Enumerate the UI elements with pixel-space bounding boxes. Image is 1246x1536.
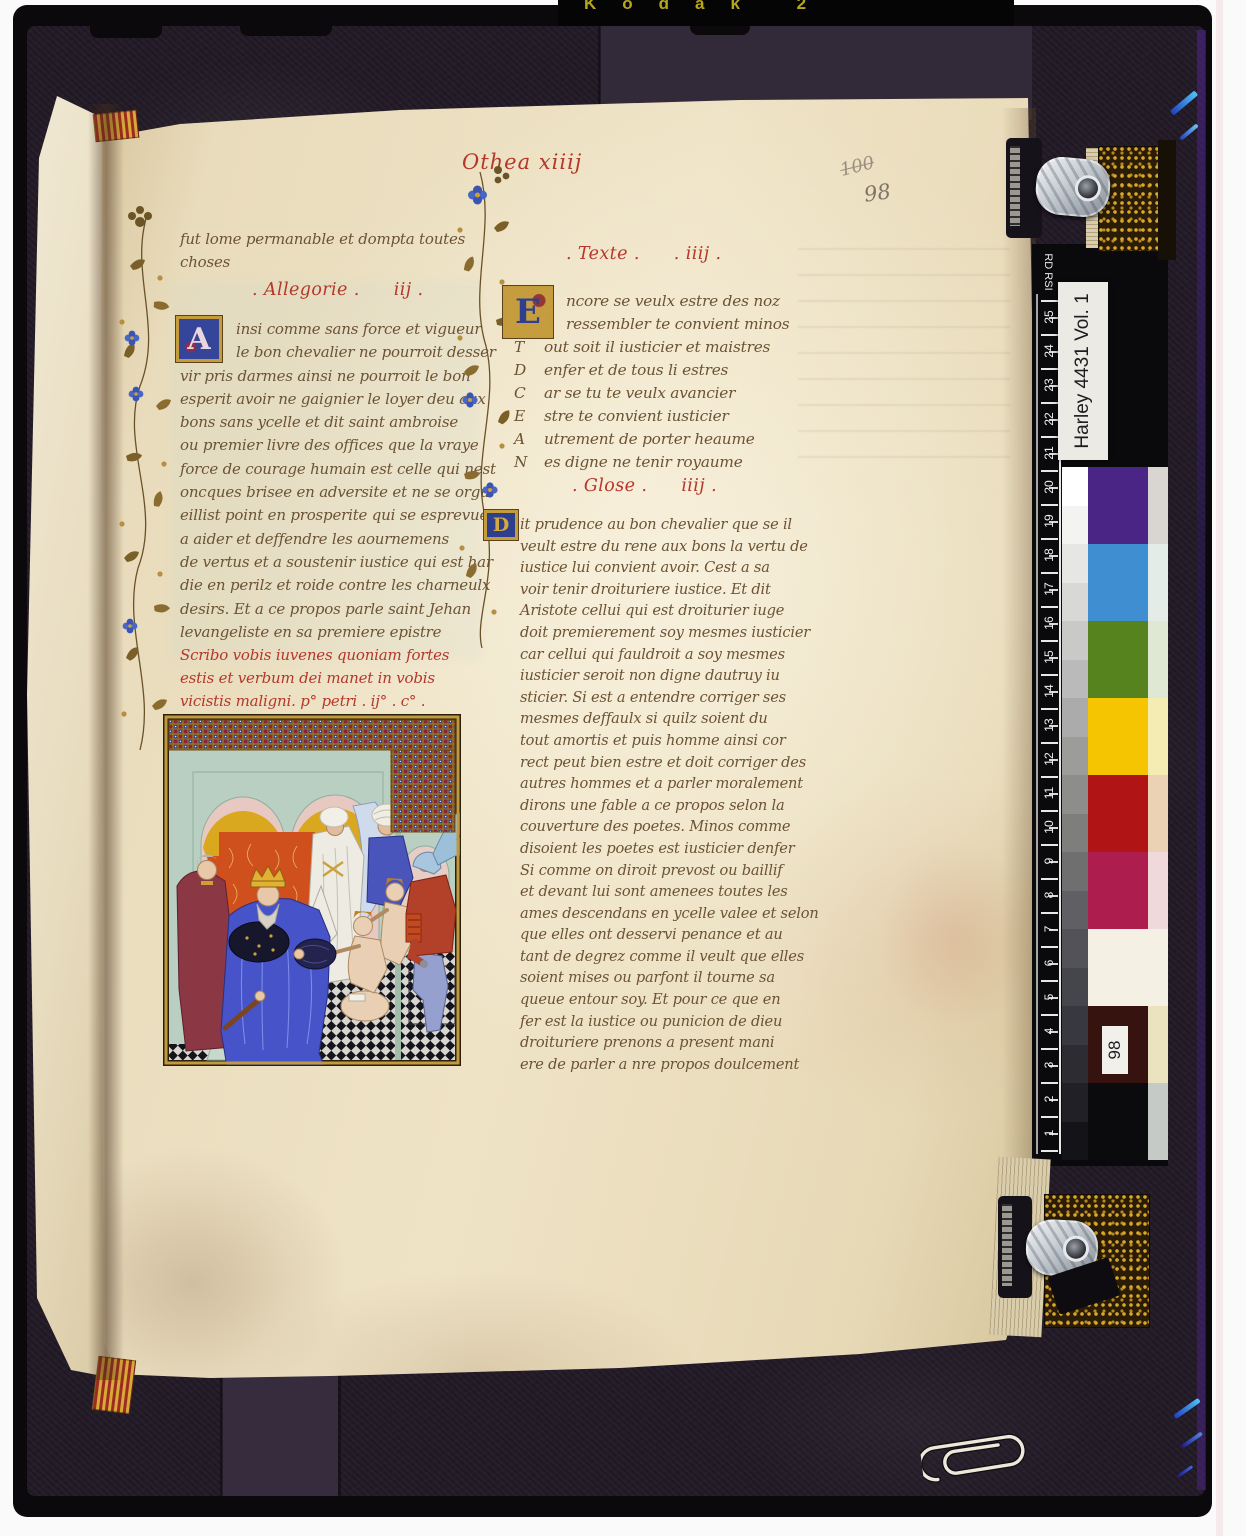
verse-text: ncore se veulx estre des noz	[566, 292, 780, 310]
film-edge-sheen	[1197, 30, 1206, 1490]
text-line: tout amortis et puis homme ainsi cor	[520, 730, 820, 752]
text-line: Si comme on diroit prevost ou baillif	[520, 860, 820, 882]
scan-edge-tint	[1216, 0, 1223, 1536]
versal-initial: N	[514, 451, 527, 474]
text-line: queue entour soy. Et pour ce que en	[520, 989, 820, 1011]
text-line: ou premier livre des offices que la vray…	[180, 434, 480, 457]
grayscale-step	[1062, 660, 1088, 699]
text-line: oncques brisee en adversite et ne se org…	[180, 481, 480, 504]
ruler-number: 15	[1042, 642, 1056, 672]
text-line: ames descendans en ycelle valee et selon	[520, 903, 820, 925]
versal-initial: T	[514, 336, 524, 359]
color-patch-magenta	[1088, 852, 1148, 929]
parchment-stain	[880, 840, 1030, 1030]
folio-number-struck: 100	[838, 152, 876, 181]
text-line: tant de degrez comme il veult que elles	[520, 946, 820, 968]
clip-hole	[1065, 1238, 1086, 1259]
versal-initial: D	[514, 359, 526, 382]
illuminated-initial-a: A	[176, 316, 222, 362]
versal-initial: E	[514, 405, 525, 428]
allegorie-heading: . Allegorie .iij .	[252, 280, 423, 300]
text-line: soient mises ou parfont il tourne sa	[520, 967, 820, 989]
text-line: voir tenir droituriere iustice. Et dit	[520, 579, 820, 601]
grayscale-step	[1062, 698, 1088, 737]
grayscale-step	[1062, 544, 1088, 583]
text-line: autres hommes et a parler moralement	[520, 773, 820, 795]
folio-numbers-pencil: 100 98	[840, 156, 891, 205]
text-line: couverture des poetes. Minos comme	[520, 816, 820, 838]
ruler-number: 24	[1042, 336, 1056, 366]
clip-hole	[1077, 177, 1099, 199]
text-line: it prudence au bon chevalier que se il	[520, 514, 820, 536]
ruler-number: 23	[1042, 370, 1056, 400]
verse-text: es digne ne tenir royaume	[544, 453, 743, 471]
ruler-number: 19	[1042, 506, 1056, 536]
folio-number: 98	[862, 179, 892, 206]
ruler-number: 6	[1042, 948, 1056, 978]
tint-patch-green	[1148, 621, 1168, 698]
column-left-latin-rubric: Scribo vobis iuvenes quoniam fortesestis…	[180, 644, 480, 714]
column-right-glose-text: it prudence au bon chevalier que se ilve…	[520, 514, 820, 1075]
text-line: disoient les poetes est iusticier denfer	[520, 838, 820, 860]
ruler-number: 21	[1042, 438, 1056, 468]
text-line: de vertus et a soustenir iustice qui est…	[180, 551, 480, 574]
felt-seam	[338, 1356, 341, 1496]
color-patch-purple	[1088, 467, 1148, 544]
text-line: car cellui qui fauldroit a soy mesmes	[520, 644, 820, 666]
ruler-number: 3	[1042, 1050, 1056, 1080]
texte-heading: . Texte .. iiij .	[566, 244, 721, 264]
verse-line: Nes digne ne tenir royaume	[506, 451, 816, 474]
ruler-number: 18	[1042, 540, 1056, 570]
color-patch-yellow	[1088, 698, 1148, 775]
text-line: doit premierement soy mesmes iusticier	[520, 622, 820, 644]
manuscript-photograph: Kodak 2 Othea xiiij 100 98 fut lome perm…	[0, 0, 1246, 1536]
film-gate-notch	[90, 26, 162, 38]
verse-text: stre te convient iusticier	[544, 407, 729, 425]
text-line: sticier. Si est a entendre corriger ses	[520, 687, 820, 709]
ruler-number: 22	[1042, 404, 1056, 434]
ruler-number: 8	[1042, 880, 1056, 910]
grayscale-step	[1062, 775, 1088, 814]
tint-patch-white	[1148, 929, 1168, 1006]
verse-text: out soit il iusticier et maistres	[544, 338, 770, 356]
clip-label	[1002, 1204, 1012, 1286]
text-line: vir pris darmes ainsi ne pourroit le bon	[180, 365, 480, 388]
text-line: le bon chevalier ne pourroit desser	[180, 341, 480, 364]
ruler-number: 14	[1042, 676, 1056, 706]
ruler-title: RD RSI	[1042, 253, 1054, 290]
tint-patch-brown	[1148, 1006, 1168, 1083]
verse-text: utrement de porter heaume	[544, 430, 755, 448]
grayscale-step	[1062, 621, 1088, 660]
text-line: et devant lui sont amenees toutes les	[520, 881, 820, 903]
grayscale-step	[1062, 1045, 1088, 1084]
ruler-number: 1	[1042, 1118, 1056, 1148]
text-line: que elles ont desservi penance et au	[520, 924, 820, 946]
grayscale-step	[1062, 968, 1088, 1007]
color-calibration-bar: 2524232221201918171615141312111098765432…	[1032, 244, 1168, 1166]
ruler-number: 16	[1042, 608, 1056, 638]
latin-rubric-line: estis et verbum dei manet in vobis	[180, 667, 480, 690]
film-gate-notch	[240, 26, 332, 36]
ruler-number: 5	[1042, 982, 1056, 1012]
text-line: veult estre du rene aux bons la vertu de	[520, 536, 820, 558]
folio-sticker: 98	[1102, 1026, 1128, 1074]
tint-patch-magenta	[1148, 852, 1168, 929]
versal-initial: C	[514, 382, 526, 405]
text-line: fer est la iustice ou punicion de dieu	[520, 1011, 820, 1033]
text-line: fut lome permanable et dompta toutes	[180, 228, 480, 251]
ruler-number: 7	[1042, 914, 1056, 944]
binder-clip-top	[1034, 155, 1113, 219]
text-line: ere de parler a nre propos doulcement	[520, 1054, 820, 1076]
ruler-number: 4	[1042, 1016, 1056, 1046]
text-line: force de courage humain est celle qui ne…	[180, 458, 480, 481]
shelfmark-sticker: Harley 4431 Vol. 1	[1058, 282, 1108, 460]
versal-initial: A	[514, 428, 525, 451]
grayscale-step	[1062, 467, 1088, 506]
text-line: choses	[180, 251, 480, 274]
tint-patch-purple	[1148, 467, 1168, 544]
floral-border-center	[450, 160, 514, 652]
text-line: bons sans ycelle et dit saint ambroise	[180, 411, 480, 434]
color-patch-blue	[1088, 544, 1148, 621]
text-line: desirs. Et a ce propos parle saint Jehan	[180, 598, 480, 621]
text-line: iusticier seroit non digne dautruy iu	[520, 665, 820, 687]
grayscale-step	[1062, 506, 1088, 545]
color-patch-green	[1088, 621, 1148, 698]
text-line: dirons une fable a ce propos selon la	[520, 795, 820, 817]
ruler-number: 12	[1042, 744, 1056, 774]
text-line: eillist point en prosperite qui se espre…	[180, 504, 480, 527]
grayscale-step	[1062, 583, 1088, 622]
verse-line: Denfer et de tous li estres	[506, 359, 816, 382]
grayscale-step	[1062, 1122, 1088, 1161]
latin-rubric-line: vicistis maligni. p° petri . ij° . c° .	[180, 690, 480, 713]
ruler-edge-line	[1036, 294, 1038, 1154]
grayscale-step	[1062, 1083, 1088, 1122]
verse-line: Car se tu te veulx avancier	[506, 382, 816, 405]
glose-heading: . Glose .iiij .	[572, 476, 717, 496]
tint-patch-black	[1148, 1083, 1168, 1160]
color-patch-white	[1088, 929, 1148, 1006]
text-line: Aristote cellui qui est droiturier iuge	[520, 600, 820, 622]
ruler-number: 25	[1042, 302, 1056, 332]
verse-text: ar se tu te veulx avancier	[544, 384, 735, 402]
clip-label	[1010, 146, 1020, 226]
verse-text: ressembler te convient minos	[566, 315, 789, 333]
grayscale-step	[1062, 929, 1088, 968]
text-line: rect peut bien estre et doit corriger de…	[520, 752, 820, 774]
latin-rubric-line: Scribo vobis iuvenes quoniam fortes	[180, 644, 480, 667]
text-line: iustice lui convient avoir. Cest a sa	[520, 557, 820, 579]
ruler-number: 13	[1042, 710, 1056, 740]
tint-patch-yellow	[1148, 698, 1168, 775]
text-line: mesmes deffaulx si quilz soient du	[520, 708, 820, 730]
verse-text: enfer et de tous li estres	[544, 361, 728, 379]
ruler-number: 10	[1042, 812, 1056, 842]
ruler-number: 11	[1042, 778, 1056, 808]
grayscale-step	[1062, 1006, 1088, 1045]
column-left-allegorie-text: insi comme sans force et vigueurle bon c…	[180, 318, 480, 644]
column-left-opening-lines: fut lome permanable et dompta touteschos…	[180, 228, 480, 275]
text-line: esperit avoir ne gaignier le loyer deu a…	[180, 388, 480, 411]
ruler-tick	[1041, 1150, 1058, 1152]
tint-patch-blue	[1148, 544, 1168, 621]
illuminated-initial-e: E	[503, 286, 553, 338]
ruler-number: 20	[1042, 472, 1056, 502]
grayscale-step	[1062, 737, 1088, 776]
film-gate-notch	[690, 26, 750, 35]
verse-line: Tout soit il iusticier et maistres	[506, 336, 816, 359]
verse-line: Estre te convient iusticier	[506, 405, 816, 428]
tint-patch-red	[1148, 775, 1168, 852]
floral-border-left	[110, 206, 182, 754]
verse-line: Autrement de porter heaume	[506, 428, 816, 451]
color-patch-red	[1088, 775, 1148, 852]
grayscale-step	[1062, 852, 1088, 891]
show-through-text	[798, 248, 1010, 480]
ruler-number: 9	[1042, 846, 1056, 876]
text-line: levangeliste en sa premiere epistre	[180, 621, 480, 644]
text-line: die en perilz et roide contre les charne…	[180, 574, 480, 597]
ruler-number: 2	[1042, 1084, 1056, 1114]
text-line: a aider et deffendre les aournemens	[180, 528, 480, 551]
text-line: droituriere prenons a present mani	[520, 1032, 820, 1054]
grayscale-step	[1062, 814, 1088, 853]
cover-edge-top	[1158, 140, 1176, 260]
grayscale-step	[1062, 891, 1088, 930]
miniature-minos-judging-souls	[163, 714, 461, 1066]
illuminated-initial-d: D	[484, 510, 518, 540]
color-patch-black	[1088, 1083, 1148, 1160]
text-line: insi comme sans force et vigueur	[180, 318, 480, 341]
ruler-number: 17	[1042, 574, 1056, 604]
